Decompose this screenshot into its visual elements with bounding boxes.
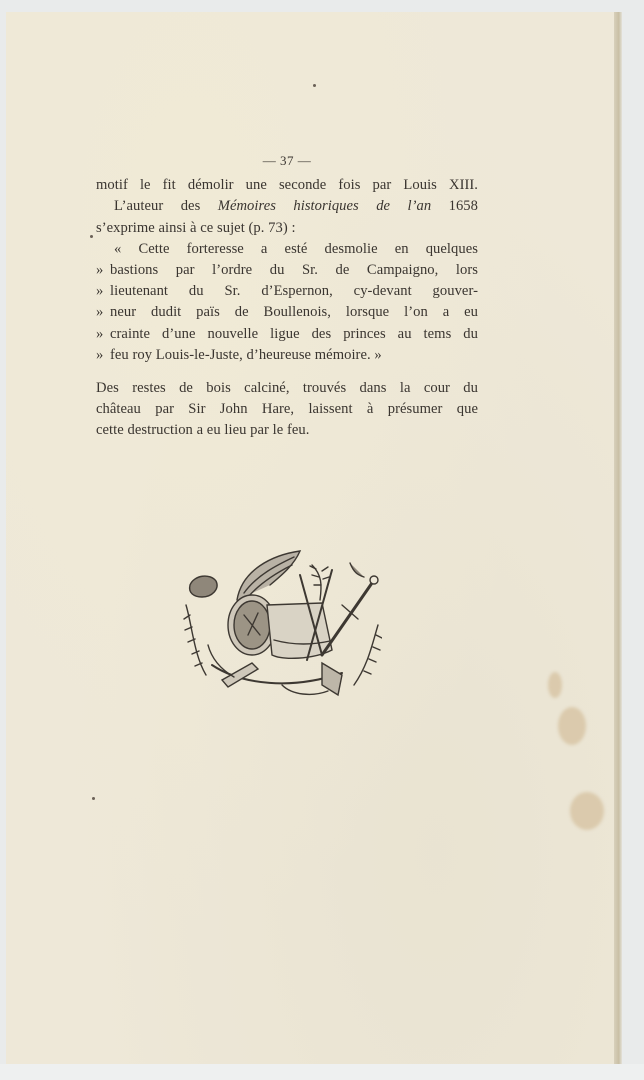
text-line: cette destruction a eu lieu par le feu. xyxy=(96,420,478,441)
quote-line: »feu roy Louis-le-Juste, d’heureuse mémo… xyxy=(96,345,478,366)
foxing-stain xyxy=(558,707,586,745)
guillemet: » xyxy=(96,302,110,323)
text-line: motif le fit démolir une seconde fois pa… xyxy=(96,175,478,196)
guillemet: » xyxy=(96,260,110,281)
text-span: feu roy Louis-le-Juste, d’heureuse mémoi… xyxy=(110,347,382,363)
speck xyxy=(92,797,95,800)
text-span: neur dudit païs de Boullenois, lorsque l… xyxy=(110,304,478,320)
trophy-of-arms-icon xyxy=(182,545,382,703)
quote-line: »crainte d’une nouvelle ligue des prince… xyxy=(96,324,478,345)
book-title: Mémoires historiques de l’an xyxy=(218,198,431,214)
foxing-stain xyxy=(548,672,562,698)
text-span: L’auteur des xyxy=(114,198,218,214)
guillemet: » xyxy=(96,345,110,366)
guillemet: » xyxy=(96,324,110,345)
text-line: L’auteur des Mémoires historiques de l’a… xyxy=(96,196,478,217)
text-span: crainte d’une nouvelle ligue des princes… xyxy=(110,326,478,342)
foxing-stain xyxy=(570,792,604,830)
guillemet: » xyxy=(96,281,110,302)
text-line: Des restes de bois calciné, trouvés dans… xyxy=(96,378,478,399)
page-number: — 37 — xyxy=(96,150,478,171)
quote-line: »neur dudit païs de Boullenois, lorsque … xyxy=(96,302,478,323)
quote-line: « Cette forteresse a esté desmolie en qu… xyxy=(96,239,478,260)
text-line: s’exprime ainsi à ce sujet (p. 73) : xyxy=(96,218,478,239)
text-span: bastions par l’ordre du Sr. de Campaigno… xyxy=(110,262,478,278)
text-span: 1658 xyxy=(431,198,478,214)
speck xyxy=(90,235,93,238)
quote-line: »bastions par l’ordre du Sr. de Campaign… xyxy=(96,260,478,281)
speck xyxy=(313,84,316,87)
page-text: — 37 — motif le fit démolir une seconde … xyxy=(96,150,478,442)
text-span: lieutenant du Sr. d’Espernon, cy-devant … xyxy=(110,283,478,299)
trophy-vignette-image xyxy=(182,545,382,703)
quote-line: »lieutenant du Sr. d’Espernon, cy-devant… xyxy=(96,281,478,302)
page-edge xyxy=(614,12,622,1064)
scan-margin xyxy=(0,1064,644,1080)
text-line: château par Sir John Hare, laissent à pr… xyxy=(96,399,478,420)
